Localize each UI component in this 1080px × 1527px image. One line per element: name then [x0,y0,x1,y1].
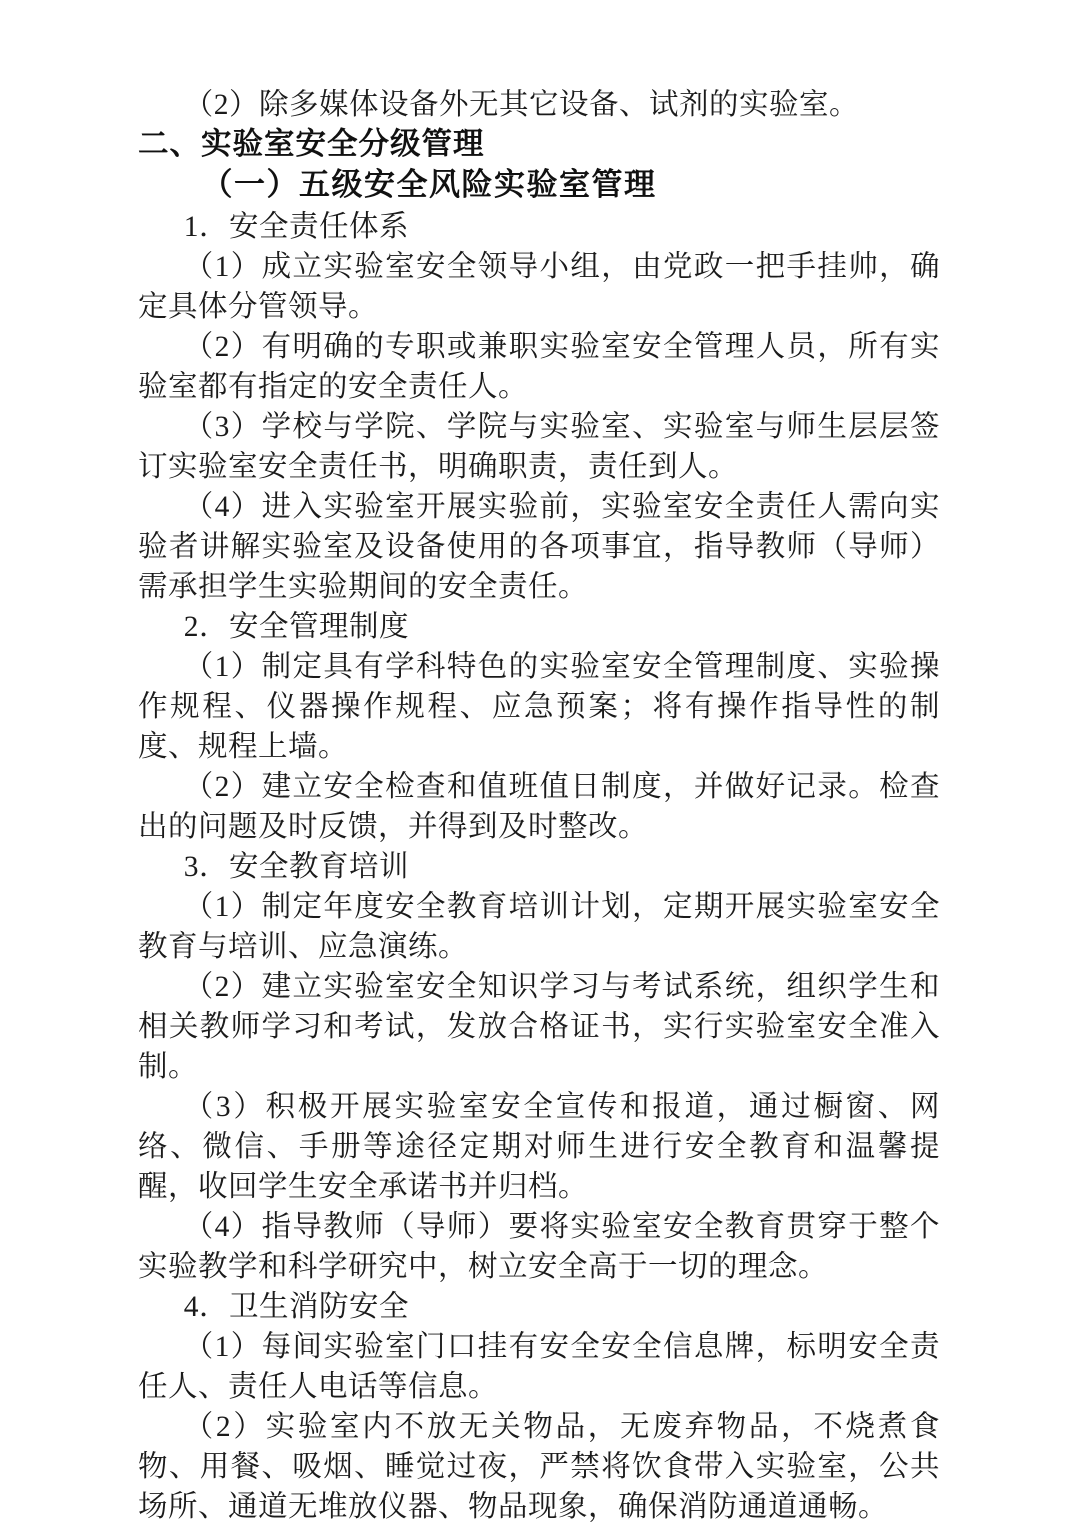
body-paragraph: （1）成立实验室安全领导小组，由党政一把手挂帅，确定具体分管领导。 [138,247,940,327]
body-paragraph: （2）建立实验室安全知识学习与考试系统，组织学生和相关教师学习和考试，发放合格证… [138,967,940,1087]
body-paragraph: （4）进入实验室开展实验前，实验室安全责任人需向实验者讲解实验室及设备使用的各项… [138,487,940,607]
body-paragraph: （3）积极开展实验室安全宣传和报道，通过橱窗、网络、微信、手册等途径定期对师生进… [138,1087,940,1207]
item-heading: 4．卫生消防安全 [138,1287,940,1327]
body-paragraph: （1）制定具有学科特色的实验室安全管理制度、实验操作规程、仪器操作规程、应急预案… [138,647,940,767]
section-heading-level2: （一）五级安全风险实验室管理 [138,163,940,207]
item-heading: 2．安全管理制度 [138,607,940,647]
body-paragraph: （1）制定年度安全教育培训计划，定期开展实验室安全教育与培训、应急演练。 [138,887,940,967]
section-heading-level1: 二、实验室安全分级管理 [138,125,940,163]
item-heading: 3．安全教育培训 [138,847,940,887]
body-paragraph: （4）指导教师（导师）要将实验室安全教育贯穿于整个实验教学和科学研究中，树立安全… [138,1207,940,1287]
body-paragraph: （2）除多媒体设备外无其它设备、试剂的实验室。 [138,85,940,125]
body-paragraph: （2）实验室内不放无关物品，无废弃物品，不烧煮食物、用餐、吸烟、睡觉过夜，严禁将… [138,1407,940,1527]
body-paragraph: （2）有明确的专职或兼职实验室安全管理人员，所有实验室都有指定的安全责任人。 [138,327,940,407]
body-paragraph: （2）建立安全检查和值班值日制度，并做好记录。检查出的问题及时反馈，并得到及时整… [138,767,940,847]
item-heading: 1．安全责任体系 [138,207,940,247]
body-paragraph: （3）学校与学院、学院与实验室、实验室与师生层层签订实验室安全责任书，明确职责，… [138,407,940,487]
body-paragraph: （1）每间实验室门口挂有安全安全信息牌，标明安全责任人、责任人电话等信息。 [138,1327,940,1407]
document-page: （2）除多媒体设备外无其它设备、试剂的实验室。 二、实验室安全分级管理 （一）五… [0,0,1080,1527]
